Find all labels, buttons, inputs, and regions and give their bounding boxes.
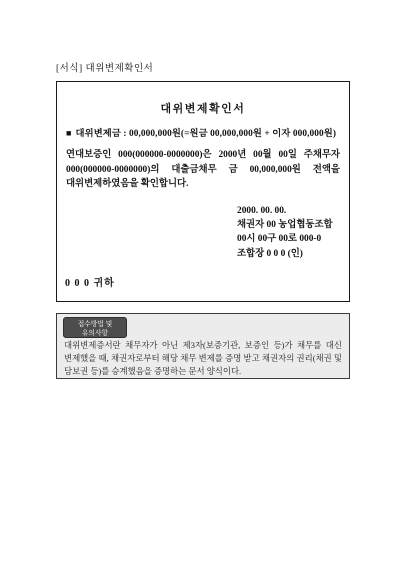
signature-date: 2000. 00. 00. <box>237 204 333 218</box>
notice-badge: 접수방법 및 유의사항 <box>63 317 127 338</box>
notice-section: 접수방법 및 유의사항 대위변제증서란 채무자가 아닌 제3자(보증기관, 보증… <box>56 313 350 379</box>
document-title: 대위변제확인서 <box>57 100 349 116</box>
document-page: [서식] 대위변제확인서 대위변제확인서 ■대위변제금 : 00,000,000… <box>0 0 400 565</box>
recipient-line: 0 0 0 귀하 <box>65 274 115 289</box>
confirmation-document-box: 대위변제확인서 ■대위변제금 : 00,000,000원(=원금 00,000,… <box>56 81 350 302</box>
signature-address: 00시 00구 00로 000-0 <box>237 232 333 246</box>
confirmation-body-paragraph: 연대보증인 000(000000-0000000)은 2000년 00월 00일… <box>66 148 340 192</box>
subrogation-amount-text: 대위변제금 : 00,000,000원(=원금 00,000,000원 + 이자… <box>76 129 336 139</box>
signature-creditor: 채권자 00 농업협동조합 <box>237 218 333 232</box>
subrogation-amount-line: ■대위변제금 : 00,000,000원(=원금 00,000,000원 + 이… <box>66 125 341 139</box>
signature-block: 2000. 00. 00. 채권자 00 농업협동조합 00시 00구 00로 … <box>237 204 333 261</box>
square-bullet-icon: ■ <box>66 128 72 138</box>
form-type-label: [서식] 대위변제확인서 <box>56 60 153 74</box>
notice-description: 대위변제증서란 채무자가 아닌 제3자(보증기관, 보증인 등)가 채무를 대신… <box>64 340 342 378</box>
signature-signer: 조합장 0 0 0 (인) <box>237 247 333 261</box>
notice-badge-line2: 유의사항 <box>64 329 126 339</box>
notice-badge-line1: 접수방법 및 <box>64 320 126 330</box>
